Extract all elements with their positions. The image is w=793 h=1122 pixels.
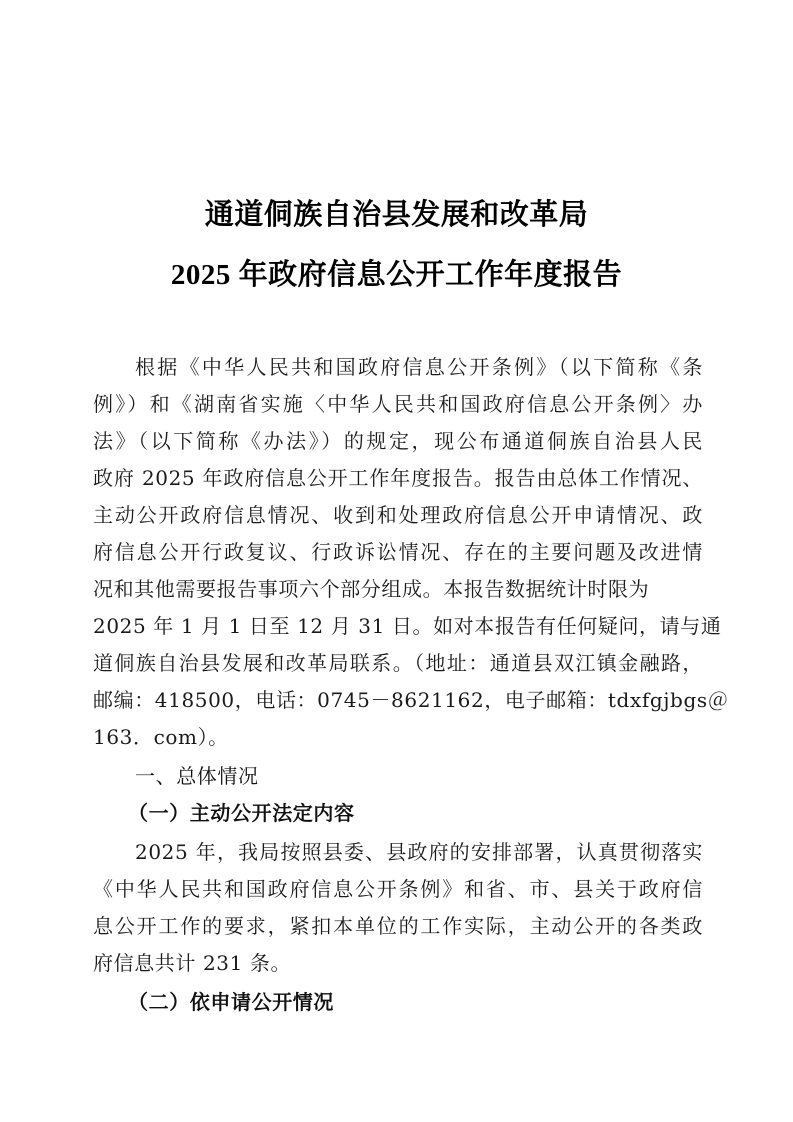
document-page: 通道侗族自治县发展和改革局 2025 年政府信息公开工作年度报告 根据《中华人民… <box>0 0 793 1122</box>
intro-paragraph-line: 根据《中华人民共和国政府信息公开条例》（以下简称《条 <box>135 355 703 379</box>
document-title-agency: 通道侗族自治县发展和改革局 <box>0 192 793 233</box>
intro-paragraph-line: 道侗族自治县发展和改革局联系。（地址：通道县双江镇金融路， <box>93 651 703 675</box>
intro-paragraph-line: 2025 年 1 月 1 日至 12 月 31 日。如对本报告有任何疑问，请与通 <box>93 614 703 638</box>
intro-paragraph-line: 法》（以下简称《办法》）的规定，现公布通道侗族自治县人民 <box>93 429 703 453</box>
intro-paragraph-line: 例》）和《湖南省实施〈中华人民共和国政府信息公开条例〉办 <box>93 392 703 416</box>
intro-paragraph-line: 况和其他需要报告事项六个部分组成。本报告数据统计时限为 <box>93 577 703 601</box>
intro-paragraph-line: 163．com）。 <box>93 725 703 749</box>
subsection-paragraph-line: 息公开工作的要求，紧扣本单位的工作实际，主动公开的各类政 <box>93 914 703 938</box>
section-heading-overall: 一、总体情况 <box>135 764 703 788</box>
subsection-heading-application-disclosure: （二）依申请公开情况 <box>128 990 696 1014</box>
subsection-paragraph-line: 2025 年，我局按照县委、县政府的安排部署，认真贯彻落实 <box>135 840 703 864</box>
intro-paragraph-line: 府信息公开行政复议、行政诉讼情况、存在的主要问题及改进情 <box>93 540 703 564</box>
intro-paragraph-line: 政府 2025 年政府信息公开工作年度报告。报告由总体工作情况、 <box>93 466 703 490</box>
subsection-paragraph-line: 府信息共计 231 条。 <box>93 951 703 975</box>
intro-paragraph-line: 主动公开政府信息情况、收到和处理政府信息公开申请情况、政 <box>93 503 703 527</box>
intro-paragraph-line: 邮编：418500，电话：0745－8621162，电子邮箱：tdxfgjbgs… <box>93 688 703 712</box>
subsection-heading-proactive-disclosure: （一）主动公开法定内容 <box>128 801 696 825</box>
subsection-paragraph-line: 《中华人民共和国政府信息公开条例》和省、市、县关于政府信 <box>93 877 703 901</box>
document-title-report: 2025 年政府信息公开工作年度报告 <box>0 252 793 293</box>
